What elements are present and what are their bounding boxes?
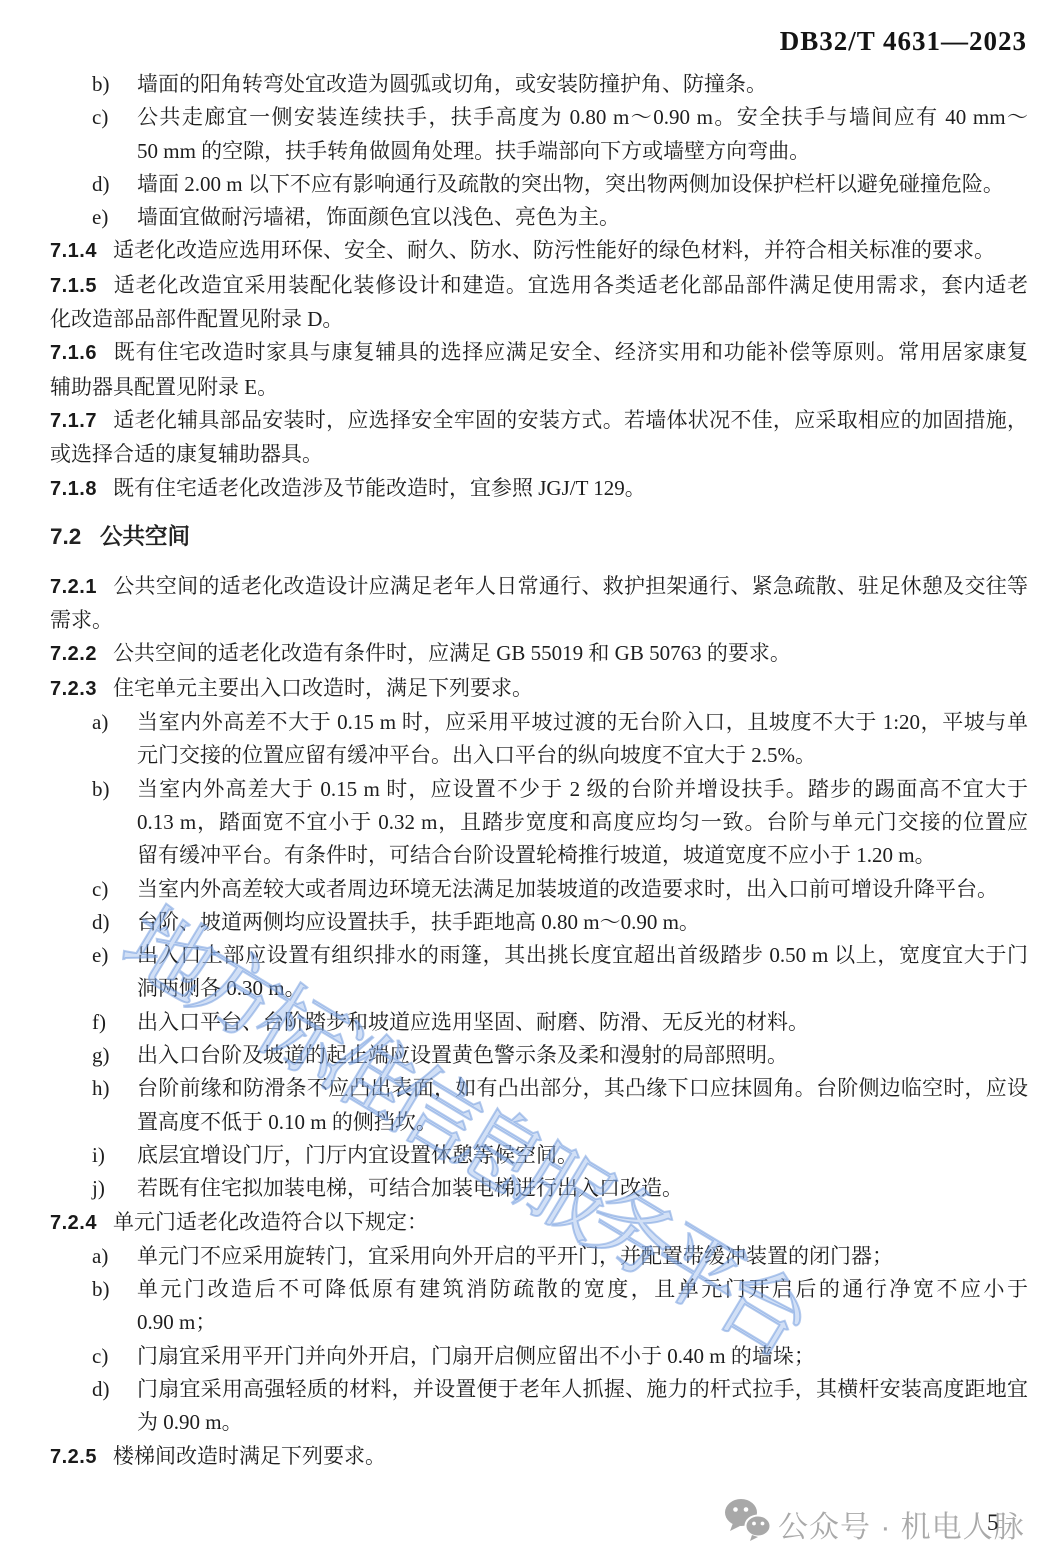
item-letter: d) [92, 1373, 110, 1406]
list-item-b: b)当室内外高差大于 0.15 m 时，应设置不少于 2 级的台阶并增设扶手。踏… [50, 773, 1028, 873]
clause-number: 7.1.6 [50, 337, 113, 370]
text-line-content: 公共走廊宜一侧安装连续扶手，扶手高度为 0.80 m～0.90 m。安全扶手与墙… [137, 105, 1028, 129]
text-line-content: 墙面 2.00 m 以下不应有影响通行及疏散的突出物，突出物两侧加设保护栏杆以避… [137, 172, 1004, 196]
text-line: 辅助器具配置见附录 E。 [50, 371, 1028, 404]
text-line: f)出入口平台、台阶踏步和坡道应选用坚固、耐磨、防滑、无反光的材料。 [137, 1006, 1028, 1039]
text-line: a)单元门不应采用旋转门，宜采用向外开启的平开门，并配置带缓冲装置的闭门器； [137, 1240, 1028, 1273]
wechat-icon [724, 1498, 772, 1547]
clause-number: 7.1.7 [50, 405, 113, 438]
text-line-content: 适老化辅具部品安装时，应选择安全牢固的安装方式。若墙体状况不佳，应采取相应的加固… [113, 408, 1028, 432]
text-line: a)当室内外高差不大于 0.15 m 时，应采用平坡过渡的无台阶入口，且坡度不大… [137, 706, 1028, 739]
clause-7.1.7: 7.1.7适老化辅具部品安装时，应选择安全牢固的安装方式。若墙体状况不佳，应采取… [50, 404, 1028, 472]
list-item-g: g)出入口台阶及坡道的起止端应设置黄色警示条及柔和漫射的局部照明。 [50, 1039, 1028, 1072]
clause-7.1.6: 7.1.6既有住宅改造时家具与康复辅具的选择应满足安全、经济实用和功能补偿等原则… [50, 336, 1028, 404]
text-line: d)门扇宜采用高强轻质的材料，并设置便于老年人抓握、施力的杆式拉手，其横杆安装高… [137, 1373, 1028, 1406]
text-line-content: 单元门适老化改造符合以下规定： [113, 1210, 428, 1234]
text-line: 需求。 [50, 604, 1028, 637]
text-line-content: 公共空间的适老化改造有条件时，应满足 GB 55019 和 GB 50763 的… [113, 641, 791, 665]
clause-number: 7.1.4 [50, 235, 113, 268]
page-number: 5 [987, 1510, 999, 1536]
text-line-content: 底层宜增设门厅，门厅内宜设置休憩等候空间。 [137, 1143, 578, 1167]
text-line: 7.1.8既有住宅适老化改造涉及节能改造时，宜参照 JGJ/T 129。 [50, 472, 1028, 506]
list-item-c: c)当室内外高差较大或者周边环境无法满足加装坡道的改造要求时，出入口前可增设升降… [50, 873, 1028, 906]
clause-7.2.5: 7.2.5楼梯间改造时满足下列要求。 [50, 1440, 1028, 1474]
text-line: 7.1.5适老化改造宜采用装配化装修设计和建造。宜选用各类适老化部品部件满足使用… [50, 269, 1028, 303]
item-letter: b) [92, 68, 110, 101]
item-letter: d) [92, 906, 110, 939]
list-item-i: i)底层宜增设门厅，门厅内宜设置休憩等候空间。 [50, 1139, 1028, 1172]
clause-number: 7.2.4 [50, 1207, 113, 1240]
item-letter: c) [92, 101, 108, 134]
text-line-content: 当室内外高差大于 0.15 m 时，应设置不少于 2 级的台阶并增设扶手。踏步的… [137, 777, 1028, 801]
list-item-j: j)若既有住宅拟加装电梯，可结合加装电梯进行出入口改造。 [50, 1172, 1028, 1205]
text-line: 留有缓冲平台。有条件时，可结合台阶设置轮椅推行坡道，坡道宽度不应小于 1.20 … [137, 839, 1028, 872]
text-line-content: 既有住宅改造时家具与康复辅具的选择应满足安全、经济实用和功能补偿等原则。常用居家… [113, 340, 1028, 364]
item-letter: j) [92, 1172, 105, 1205]
item-letter: c) [92, 873, 108, 906]
text-line: 元门交接的位置应留有缓冲平台。出入口平台的纵向坡度不宜大于 2.5%。 [137, 739, 1028, 772]
list-item-e: e)出入口上部应设置有组织排水的雨篷，其出挑长度宜超出首级踏步 0.50 m 以… [50, 939, 1028, 1006]
text-line: 置高度不低于 0.10 m 的侧挡坎。 [137, 1106, 1028, 1139]
text-line: 7.2.4单元门适老化改造符合以下规定： [50, 1206, 1028, 1240]
section-number: 7.2 [50, 520, 100, 554]
text-line: 50 mm 的空隙，扶手转角做圆角处理。扶手端部向下方或墙壁方向弯曲。 [137, 135, 1028, 168]
text-line: 0.13 m，踏面宽不宜小于 0.32 m，且踏步宽度和高度应均匀一致。台阶与单… [137, 806, 1028, 839]
item-letter: i) [92, 1139, 105, 1172]
item-letter: h) [92, 1072, 110, 1105]
list-item-d: d)墙面 2.00 m 以下不应有影响通行及疏散的突出物，突出物两侧加设保护栏杆… [50, 168, 1028, 201]
text-line: 洞两侧各 0.30 m。 [137, 972, 1028, 1005]
text-line-content: 适老化改造应选用环保、安全、耐久、防水、防污性能好的绿色材料，并符合相关标准的要… [113, 238, 995, 262]
text-line: e)出入口上部应设置有组织排水的雨篷，其出挑长度宜超出首级踏步 0.50 m 以… [137, 939, 1028, 972]
text-line-content: 单元门不应采用旋转门，宜采用向外开启的平开门，并配置带缓冲装置的闭门器； [137, 1244, 893, 1268]
list-item-e: e)墙面宜做耐污墙裙，饰面颜色宜以浅色、亮色为主。 [50, 201, 1028, 234]
text-line-content: 当室内外高差不大于 0.15 m 时，应采用平坡过渡的无台阶入口，且坡度不大于 … [137, 710, 1028, 734]
text-line: 0.90 m； [137, 1306, 1028, 1339]
text-line: g)出入口台阶及坡道的起止端应设置黄色警示条及柔和漫射的局部照明。 [137, 1039, 1028, 1072]
clause-7.1.8: 7.1.8既有住宅适老化改造涉及节能改造时，宜参照 JGJ/T 129。 [50, 472, 1028, 506]
item-letter: g) [92, 1039, 110, 1072]
text-line: 7.2.3住宅单元主要出入口改造时，满足下列要求。 [50, 672, 1028, 706]
standard-document-page: DB32/T 4631—2023 b)墙面的阳角转弯处宜改造为圆弧或切角，或安装… [0, 0, 1043, 1561]
clause-number: 7.2.2 [50, 638, 113, 671]
item-letter: a) [92, 1240, 108, 1273]
text-line-content: 出入口台阶及坡道的起止端应设置黄色警示条及柔和漫射的局部照明。 [137, 1043, 788, 1067]
clause-7.2.2: 7.2.2公共空间的适老化改造有条件时，应满足 GB 55019 和 GB 50… [50, 637, 1028, 671]
text-line: 7.2.2公共空间的适老化改造有条件时，应满足 GB 55019 和 GB 50… [50, 637, 1028, 671]
text-line-content: 楼梯间改造时满足下列要求。 [113, 1444, 386, 1468]
list-item-a: a)单元门不应采用旋转门，宜采用向外开启的平开门，并配置带缓冲装置的闭门器； [50, 1240, 1028, 1273]
text-line: c)公共走廊宜一侧安装连续扶手，扶手高度为 0.80 m～0.90 m。安全扶手… [137, 101, 1028, 134]
clause-number: 7.2.1 [50, 571, 113, 604]
text-line: h)台阶前缘和防滑条不应凸出表面，如有凸出部分，其凸缘下口应抹圆角。台阶侧边临空… [137, 1072, 1028, 1105]
text-line: d)墙面 2.00 m 以下不应有影响通行及疏散的突出物，突出物两侧加设保护栏杆… [137, 168, 1028, 201]
text-line: 7.1.6既有住宅改造时家具与康复辅具的选择应满足安全、经济实用和功能补偿等原则… [50, 336, 1028, 370]
text-line: e)墙面宜做耐污墙裙，饰面颜色宜以浅色、亮色为主。 [137, 201, 1028, 234]
clause-7.2.1: 7.2.1公共空间的适老化改造设计应满足老年人日常通行、救护担架通行、紧急疏散、… [50, 570, 1028, 638]
text-line: 7.2.5楼梯间改造时满足下列要求。 [50, 1440, 1028, 1474]
text-line: j)若既有住宅拟加装电梯，可结合加装电梯进行出入口改造。 [137, 1172, 1028, 1205]
clause-7.2.3: 7.2.3住宅单元主要出入口改造时，满足下列要求。 [50, 672, 1028, 706]
text-line: b)当室内外高差大于 0.15 m 时，应设置不少于 2 级的台阶并增设扶手。踏… [137, 773, 1028, 806]
text-line: 7.2.1公共空间的适老化改造设计应满足老年人日常通行、救护担架通行、紧急疏散、… [50, 570, 1028, 604]
text-line: b)单元门改造后不可降低原有建筑消防疏散的宽度，且单元门开启后的通行净宽不应小于 [137, 1273, 1028, 1306]
clause-number: 7.1.5 [50, 270, 113, 303]
list-item-c: c)门扇宜采用平开门并向外开启，门扇开启侧应留出不小于 0.40 m 的墙垛； [50, 1340, 1028, 1373]
text-line-content: 出入口上部应设置有组织排水的雨篷，其出挑长度宜超出首级踏步 0.50 m 以上，… [137, 943, 1028, 967]
text-line-content: 门扇宜采用平开门并向外开启，门扇开启侧应留出不小于 0.40 m 的墙垛； [137, 1344, 815, 1368]
item-letter: f) [92, 1006, 106, 1039]
text-line: d)台阶、坡道两侧均应设置扶手，扶手距地高 0.80 m～0.90 m。 [137, 906, 1028, 939]
text-line-content: 台阶、坡道两侧均应设置扶手，扶手距地高 0.80 m～0.90 m。 [137, 910, 700, 934]
text-line: 化改造部品部件配置见附录 D。 [50, 303, 1028, 336]
text-line: 或选择合适的康复辅助器具。 [50, 438, 1028, 471]
document-code: DB32/T 4631—2023 [780, 26, 1027, 57]
text-line-content: 当室内外高差较大或者周边环境无法满足加装坡道的改造要求时，出入口前可增设升降平台… [137, 877, 998, 901]
clause-7.1.4: 7.1.4适老化改造应选用环保、安全、耐久、防水、防污性能好的绿色材料，并符合相… [50, 234, 1028, 268]
text-line-content: 住宅单元主要出入口改造时，满足下列要求。 [113, 676, 533, 700]
section-heading-7.2: 7.2公共空间 [50, 520, 1028, 554]
text-line: i)底层宜增设门厅，门厅内宜设置休憩等候空间。 [137, 1139, 1028, 1172]
text-line-content: 若既有住宅拟加装电梯，可结合加装电梯进行出入口改造。 [137, 1176, 683, 1200]
item-letter: b) [92, 773, 110, 806]
text-line-content: 门扇宜采用高强轻质的材料，并设置便于老年人抓握、施力的杆式拉手，其横杆安装高度距… [137, 1377, 1028, 1401]
text-line-content: 单元门改造后不可降低原有建筑消防疏散的宽度，且单元门开启后的通行净宽不应小于 [137, 1277, 1028, 1301]
text-line-content: 墙面的阳角转弯处宜改造为圆弧或切角，或安装防撞护角、防撞条。 [137, 72, 767, 96]
section-title: 公共空间 [100, 524, 190, 549]
text-line: 7.1.7适老化辅具部品安装时，应选择安全牢固的安装方式。若墙体状况不佳，应采取… [50, 404, 1028, 438]
list-item-b: b)单元门改造后不可降低原有建筑消防疏散的宽度，且单元门开启后的通行净宽不应小于… [50, 1273, 1028, 1340]
text-line-content: 既有住宅适老化改造涉及节能改造时，宜参照 JGJ/T 129。 [113, 476, 646, 500]
text-line-content: 墙面宜做耐污墙裙，饰面颜色宜以浅色、亮色为主。 [137, 205, 620, 229]
text-line-content: 出入口平台、台阶踏步和坡道应选用坚固、耐磨、防滑、无反光的材料。 [137, 1010, 809, 1034]
list-item-f: f)出入口平台、台阶踏步和坡道应选用坚固、耐磨、防滑、无反光的材料。 [50, 1006, 1028, 1039]
document-body: b)墙面的阳角转弯处宜改造为圆弧或切角，或安装防撞护角、防撞条。c)公共走廊宜一… [50, 68, 1028, 1474]
item-letter: a) [92, 706, 108, 739]
item-letter: e) [92, 939, 108, 972]
item-letter: b) [92, 1273, 110, 1306]
item-letter: e) [92, 201, 108, 234]
list-item-d: d)门扇宜采用高强轻质的材料，并设置便于老年人抓握、施力的杆式拉手，其横杆安装高… [50, 1373, 1028, 1440]
footer: 公众号 · 机电人脉 [0, 1494, 1043, 1554]
list-item-h: h)台阶前缘和防滑条不应凸出表面，如有凸出部分，其凸缘下口应抹圆角。台阶侧边临空… [50, 1072, 1028, 1139]
text-line: c)门扇宜采用平开门并向外开启，门扇开启侧应留出不小于 0.40 m 的墙垛； [137, 1340, 1028, 1373]
text-line: b)墙面的阳角转弯处宜改造为圆弧或切角，或安装防撞护角、防撞条。 [137, 68, 1028, 101]
text-line-content: 台阶前缘和防滑条不应凸出表面，如有凸出部分，其凸缘下口应抹圆角。台阶侧边临空时，… [137, 1076, 1028, 1100]
list-item-c: c)公共走廊宜一侧安装连续扶手，扶手高度为 0.80 m～0.90 m。安全扶手… [50, 101, 1028, 168]
text-line-content: 公共空间的适老化改造设计应满足老年人日常通行、救护担架通行、紧急疏散、驻足休憩及… [113, 574, 1028, 598]
item-letter: c) [92, 1340, 108, 1373]
clause-number: 7.1.8 [50, 473, 113, 506]
item-letter: d) [92, 168, 110, 201]
list-item-a: a)当室内外高差不大于 0.15 m 时，应采用平坡过渡的无台阶入口，且坡度不大… [50, 706, 1028, 773]
text-line-content: 适老化改造宜采用装配化装修设计和建造。宜选用各类适老化部品部件满足使用需求，套内… [113, 273, 1028, 297]
list-item-b: b)墙面的阳角转弯处宜改造为圆弧或切角，或安装防撞护角、防撞条。 [50, 68, 1028, 101]
text-line: 7.1.4适老化改造应选用环保、安全、耐久、防水、防污性能好的绿色材料，并符合相… [50, 234, 1028, 268]
text-line: c)当室内外高差较大或者周边环境无法满足加装坡道的改造要求时，出入口前可增设升降… [137, 873, 1028, 906]
clause-7.1.5: 7.1.5适老化改造宜采用装配化装修设计和建造。宜选用各类适老化部品部件满足使用… [50, 269, 1028, 337]
clause-7.2.4: 7.2.4单元门适老化改造符合以下规定： [50, 1206, 1028, 1240]
list-item-d: d)台阶、坡道两侧均应设置扶手，扶手距地高 0.80 m～0.90 m。 [50, 906, 1028, 939]
clause-number: 7.2.3 [50, 673, 113, 706]
clause-number: 7.2.5 [50, 1441, 113, 1474]
text-line: 为 0.90 m。 [137, 1406, 1028, 1439]
